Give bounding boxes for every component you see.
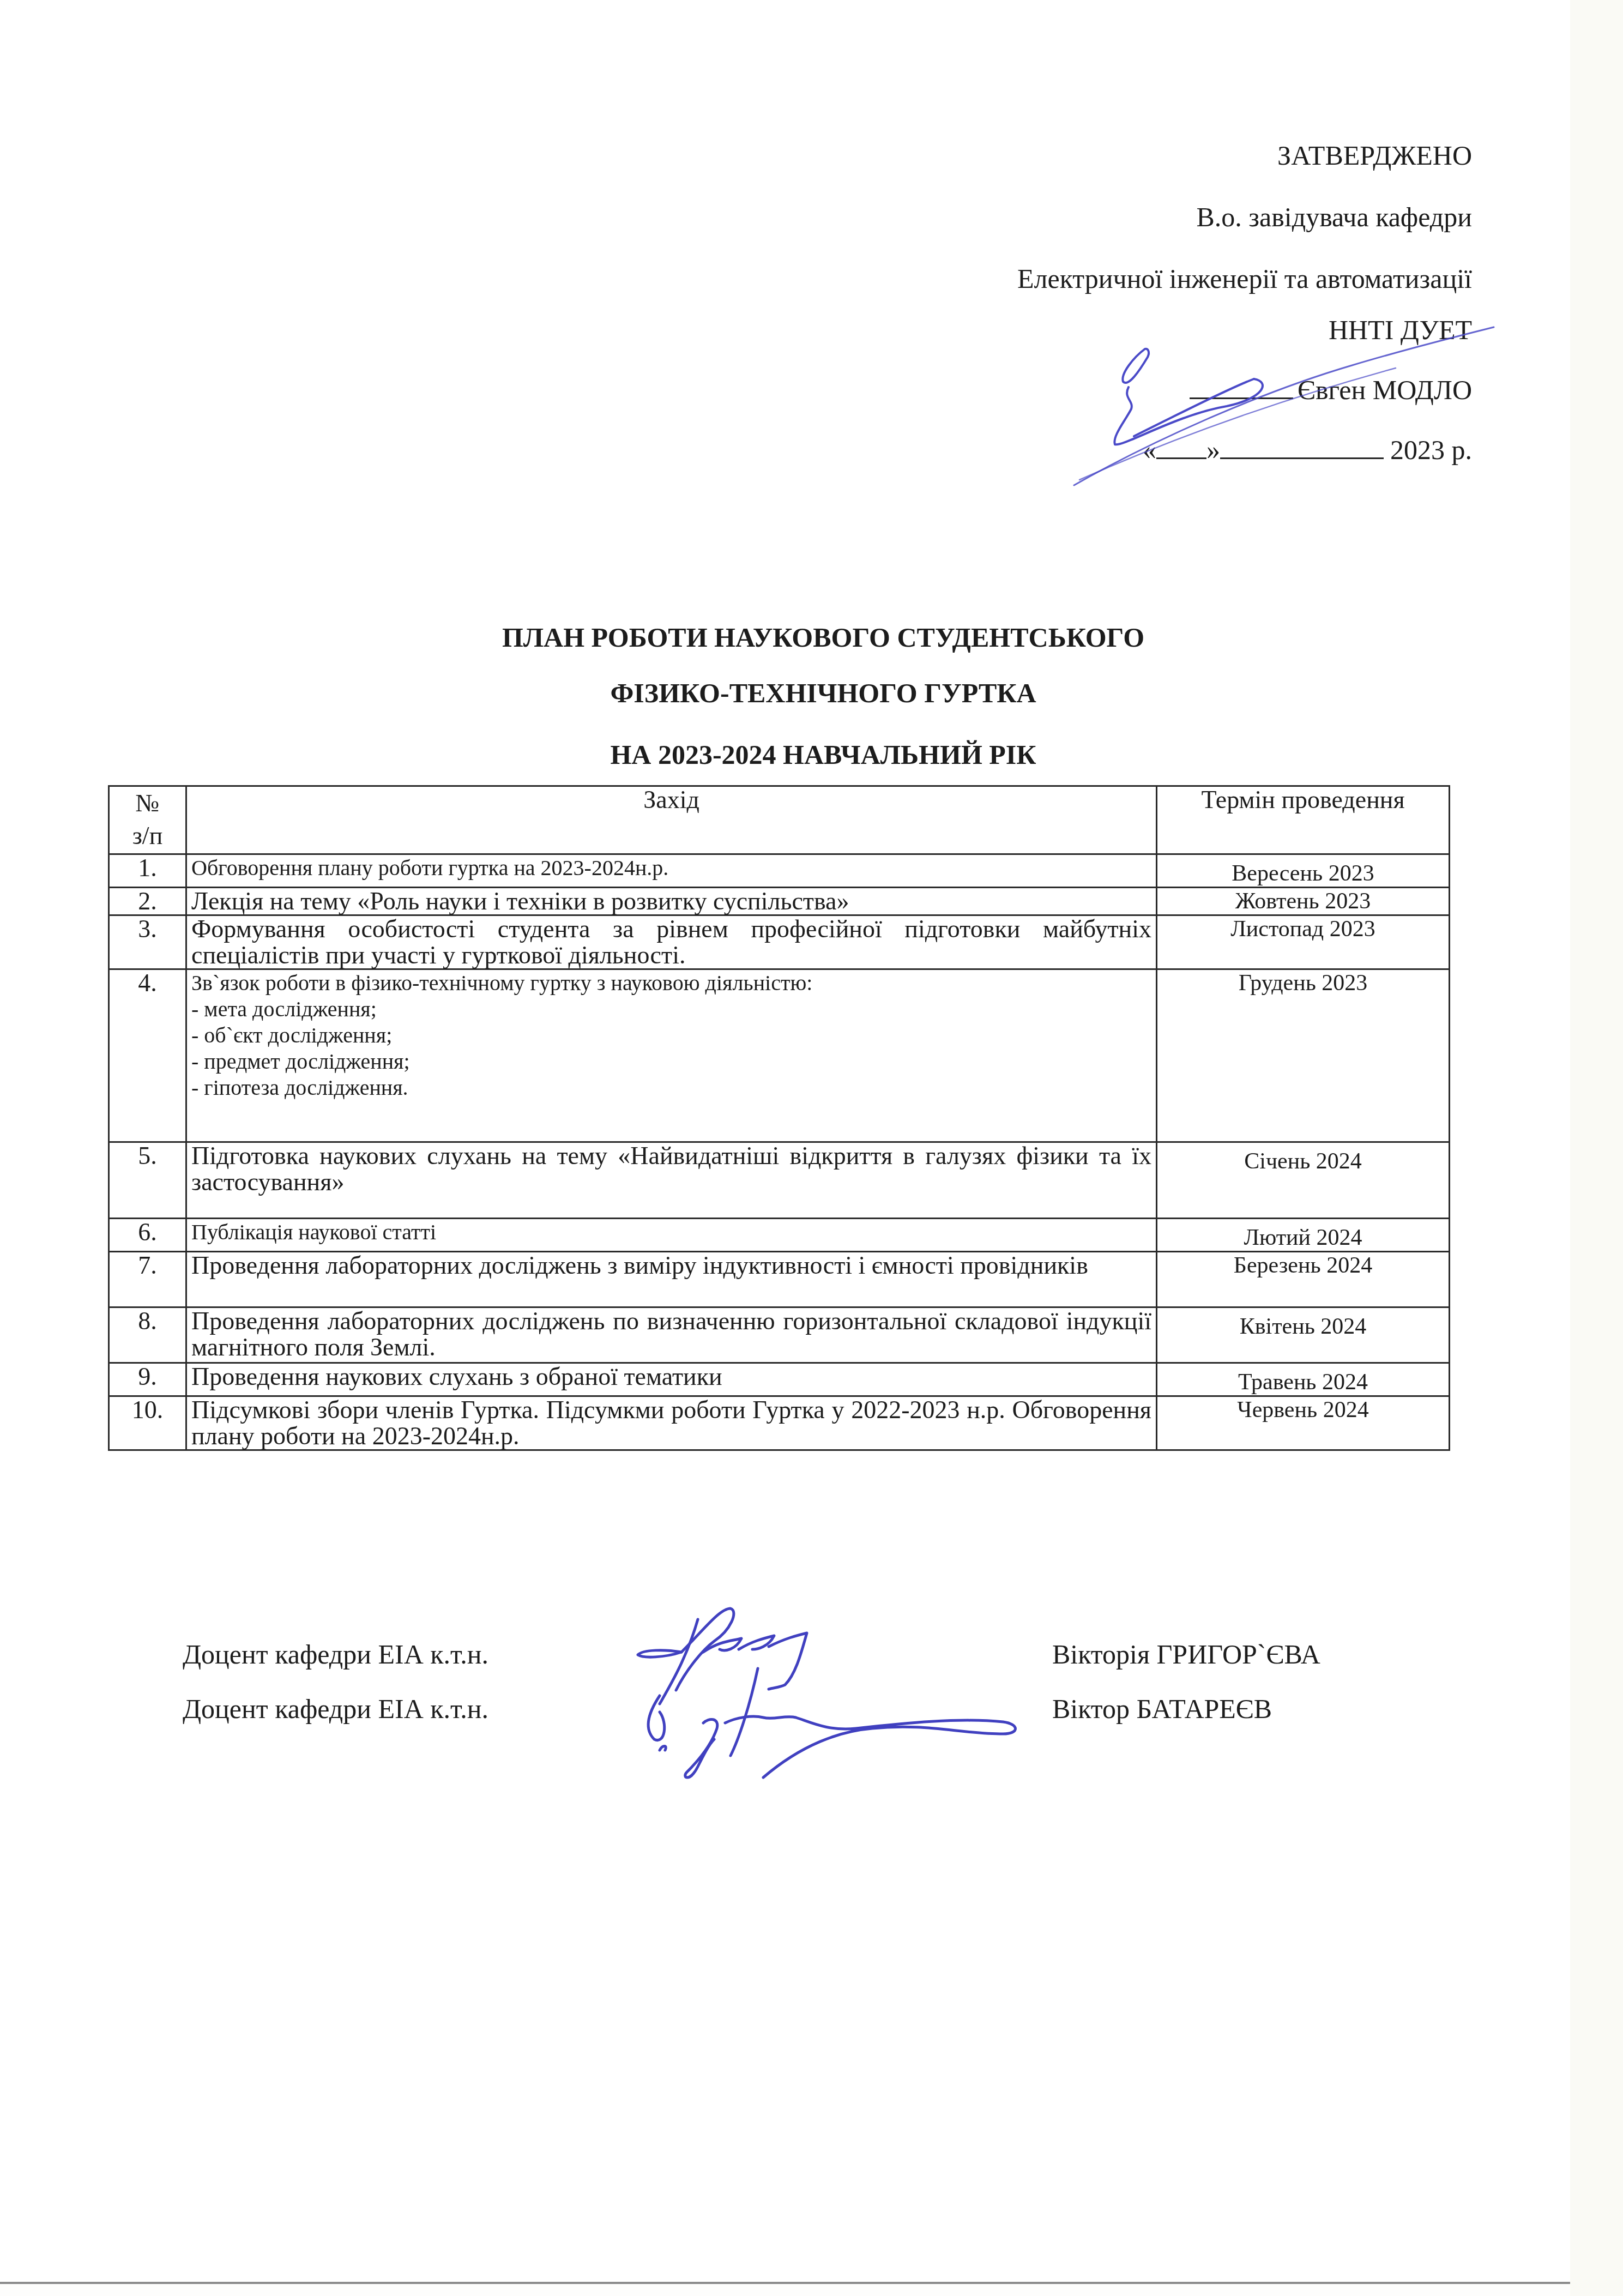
table-row: 4. Зв`язок роботи в фізико-технічному гу…: [109, 969, 1450, 1142]
row-term: Лютий 2024: [1157, 1219, 1450, 1252]
header-term: Термін проведення: [1157, 786, 1450, 854]
row-number: 1.: [109, 854, 186, 888]
table-header-row: № з/п Захід Термін проведення: [109, 786, 1450, 854]
table-row: 6. Публікація наукової статті Лютий 2024: [109, 1219, 1450, 1252]
row-term: Березень 2024: [1157, 1252, 1450, 1307]
row-term: Січень 2024: [1157, 1142, 1450, 1219]
table-row: 7. Проведення лабораторних досліджень з …: [109, 1252, 1450, 1307]
header-number-sign: №: [136, 789, 160, 817]
header-event: Захід: [186, 786, 1157, 854]
row-number: 2.: [109, 888, 186, 915]
row-event: Формування особистості студента за рівне…: [186, 915, 1157, 969]
row-term: Вересень 2023: [1157, 854, 1450, 888]
scan-margin: [1570, 0, 1623, 2296]
row-event: Лекція на тему «Роль науки і техніки в р…: [186, 888, 1157, 915]
plan-title-line-2: ФІЗИКО-ТЕХНІЧНОГО ГУРТКА: [0, 677, 1623, 709]
row-event: Проведення лабораторних досліджень по ви…: [186, 1307, 1157, 1363]
row-term: Травень 2024: [1157, 1363, 1450, 1396]
signer-2-position: Доцент кафедри ЕІА к.т.н.: [183, 1693, 488, 1725]
row-term: Листопад 2023: [1157, 915, 1450, 969]
row-event: Зв`язок роботи в фізико-технічному гуртк…: [186, 969, 1157, 1142]
row-term: Квітень 2024: [1157, 1307, 1450, 1363]
row-event: Проведення наукових слухань з обраної те…: [186, 1363, 1157, 1396]
approver-department: Електричної інженерії та автоматизації: [1017, 265, 1472, 292]
row-event: Підсумкові збори членів Гуртка. Підсумкм…: [186, 1396, 1157, 1450]
header-number: № з/п: [109, 786, 186, 854]
row-number: 5.: [109, 1142, 186, 1219]
table-row: 2. Лекція на тему «Роль науки і техніки …: [109, 888, 1450, 915]
table-row: 10. Підсумкові збори членів Гуртка. Підс…: [109, 1396, 1450, 1450]
row-event-sub-item: - мета дослідження;: [191, 996, 1151, 1022]
row-term: Червень 2024: [1157, 1396, 1450, 1450]
signer-1-position: Доцент кафедри ЕІА к.т.н.: [183, 1638, 488, 1670]
row-event-sub-item: - предмет дослідження;: [191, 1048, 1151, 1075]
row-event: Обговорення плану роботи гуртка на 2023-…: [186, 854, 1157, 888]
row-event-sub-item: - об`єкт дослідження;: [191, 1022, 1151, 1048]
plan-title-line-3: НА 2023-2024 НАВЧАЛЬНИЙ РІК: [0, 739, 1623, 770]
table-row: 8. Проведення лабораторних досліджень по…: [109, 1307, 1450, 1363]
header-number-abbr: з/п: [132, 822, 163, 849]
approver-signature-icon: [1069, 305, 1494, 480]
table-row: 1. Обговорення плану роботи гуртка на 20…: [109, 854, 1450, 888]
row-term: Грудень 2023: [1157, 969, 1450, 1142]
table-row: 9. Проведення наукових слухань з обраної…: [109, 1363, 1450, 1396]
row-number: 3.: [109, 915, 186, 969]
row-event-sub-item: - гіпотеза дослідження.: [191, 1075, 1151, 1101]
row-number: 6.: [109, 1219, 186, 1252]
row-term: Жовтень 2023: [1157, 888, 1450, 915]
plan-title-line-1: ПЛАН РОБОТИ НАУКОВОГО СТУДЕНТСЬКОГО: [0, 622, 1623, 653]
row-number: 8.: [109, 1307, 186, 1363]
row-number: 7.: [109, 1252, 186, 1307]
row-event: Підготовка наукових слухань на тему «Най…: [186, 1142, 1157, 1219]
table-row: 3. Формування особистості студента за рі…: [109, 915, 1450, 969]
row-event: Публікація наукової статті: [186, 1219, 1157, 1252]
row-number: 9.: [109, 1363, 186, 1396]
table-row: 5. Підготовка наукових слухань на тему «…: [109, 1142, 1450, 1219]
plan-table: № з/п Захід Термін проведення 1. Обговор…: [108, 785, 1450, 1451]
approver-position: В.о. завідувача кафедри: [1196, 203, 1472, 231]
row-event-lead: Зв`язок роботи в фізико-технічному гуртк…: [191, 970, 1151, 996]
row-number: 4.: [109, 969, 186, 1142]
row-number: 10.: [109, 1396, 186, 1450]
approval-stamp: ЗАТВЕРДЖЕНО: [1277, 142, 1472, 169]
signer-1-name: Вікторія ГРИГОР`ЄВА: [1052, 1638, 1320, 1670]
signer-2-name: Віктор БАТАРЕЄВ: [1052, 1693, 1272, 1725]
signer-2-signature-icon: [622, 1690, 1058, 1799]
row-event: Проведення лабораторних досліджень з вим…: [186, 1252, 1157, 1307]
